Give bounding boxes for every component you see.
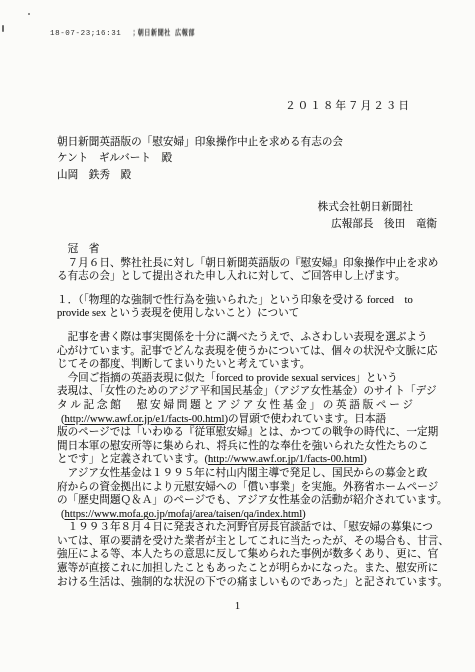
text-segment: ) [363,454,367,465]
scan-artifact-tick [2,25,4,32]
body-line: の「歴史問題Ｑ＆Ａ」のページでも、アジア女性基金の活動が紹介されています。 [57,494,427,508]
body-line: 今回ご指摘の英語表現に似た「forced to provide sexual s… [57,372,427,386]
section-1-heading: provide sex という表現を使用しないこと）について [57,307,427,321]
text-segment: じてその都度、判断してまいりたいと考えています。 [57,359,310,370]
fax-sender-id: ；朝日新聞社 広報部 [131,27,195,38]
sender-block: 株式会社朝日新聞社 広報部長 後田 竜衛 [318,200,437,233]
body-line: １９９３年８月４日に発表された河野官房長官談話では、「慰安婦の募集につ [57,521,427,535]
text-segment: 強圧による等、本人たちの意思に反して集められた事例が数多くあり、更に、官 [57,549,438,560]
text-segment: タル記念館 慰安婦問題とアジア女性基金」の英語版ページ [57,400,413,411]
text-segment: 府からの資金拠出により元慰安婦への「償い事業」を実施。外務省ホームページ [57,482,438,493]
fax-timestamp: 18-07-23;16:31 [50,30,121,38]
sender-signer: 広報部長 後田 竜衛 [318,217,437,234]
url-text: https://www.mofa.go.jp/mofaj/area/taisen… [65,509,303,520]
text-segment: る有志の会」として提出された申し入れに対して、ご回答申し上げます。 [57,271,406,282]
body-line: 間日本軍の慰安所等に集められ、将兵に性的な奉仕を強いられた女性たちのこ [57,440,427,454]
body-line: ７月６日、弊社社長に対し「朝日新聞英語版の『慰安婦』印象操作中止を求め [57,257,427,271]
body-line: じてその都度、判断してまいりたいと考えています。 [57,358,427,372]
body-line: (http://www.awf.or.jp/e1/facts-00.html)の… [57,413,427,427]
fax-header: 18-07-23;16:31；朝日新聞社 広報部 [50,27,209,38]
letter-body: 冠 省 ７月６日、弊社社長に対し「朝日新聞英語版の『慰安婦』印象操作中止を求める… [57,243,427,589]
body-line: 府からの資金拠出により元慰安婦への「償い事業」を実施。外務省ホームページ [57,481,427,495]
text-segment: 冠 省 [57,244,99,255]
text-segment: とです」と定義されています。( [57,454,208,465]
blank-line [57,284,427,294]
letter-salutation: 冠 省 [57,243,427,257]
body-line: おける生活は、強制的な状況の下での痛ましいものであった」と記されています。 [57,576,427,590]
body-line: (https://www.mofa.go.jp/mofaj/area/taise… [57,508,427,522]
recipient-group-name: 朝日新聞英語版の「慰安婦」印象操作中止を求める有志の会 [57,135,343,151]
text-segment: おける生活は、強制的な状況の下での痛ましいものであった」と記されています。 [57,577,448,588]
text-segment: )の冒頭で使われています。日本語 [225,414,387,425]
body-line: 表現は、「女性のためのアジア平和国民基金」（アジア女性基金）のサイト「デジ [57,385,427,399]
text-segment: 今回ご指摘の英語表現に似た「forced to provide sexual s… [57,373,398,384]
text-segment: 心がけています。記事でどんな表現を使うかについては、個々の状況や文脈に応 [57,346,437,357]
text-segment: 表現は、「女性のためのアジア平和国民基金」（アジア女性基金）のサイト「デジ [57,386,437,397]
text-segment: 憲等が直接これに加担したこともあったことが明らかになった。また、慰安所に [57,563,438,574]
body-line: る有志の会」として提出された申し入れに対して、ご回答申し上げます。 [57,270,427,284]
text-segment: アジア女性基金は１９９５年に村山内閣主導で発足し、国民からの募金と政 [57,468,427,479]
recipient-block: 朝日新聞英語版の「慰安婦」印象操作中止を求める有志の会 ケント ギルバート 殿 … [57,135,343,184]
section-1-heading: １．（「物理的な強制で性行為を強いられた」という印象を受ける forced to [57,294,427,308]
body-line: 心がけています。記事でどんな表現を使うかについては、個々の状況や文脈に応 [57,345,427,359]
url-text: http://www.awf.or.jp/1/facts-00.html [208,454,363,465]
text-segment: １．（「物理的な強制で性行為を強いられた」という印象を受ける forced to [57,295,413,306]
body-line: 記事を書く際は事実関係を十分に調べたうえで、ふさわしい表現を選ぶよう [57,331,427,345]
scanned-letter-page: 18-07-23;16:31；朝日新聞社 広報部 ２０１８年７月２３日 朝日新聞… [0,0,475,672]
body-line: 版のページでは「いわゆる『従軍慰安婦』とは、かつての戦争の時代に、一定期 [57,426,427,440]
text-segment: 間日本軍の慰安所等に集められ、将兵に性的な奉仕を強いられた女性たちのこ [57,441,428,452]
sender-company: 株式会社朝日新聞社 [318,200,437,217]
url-text: http://www.awf.or.jp/e1/facts-00.html [65,414,225,425]
page-number: 1 [0,601,475,612]
date-line: ２０１８年７月２３日 [285,98,411,113]
body-line: いては、軍の要請を受けた業者が主としてこれに当たったが、その場合も、甘言、 [57,535,427,549]
body-line: タル記念館 慰安婦問題とアジア女性基金」の英語版ページ [57,399,427,413]
recipient-name-2: 山岡 鉄秀 殿 [57,168,343,184]
scan-artifact-dot [28,13,30,15]
text-segment: 版のページでは「いわゆる『従軍慰安婦』とは、かつての戦争の時代に、一定期 [57,427,438,438]
text-segment: ７月６日、弊社社長に対し「朝日新聞英語版の『慰安婦』印象操作中止を求め [57,258,438,269]
body-line: 強圧による等、本人たちの意思に反して集められた事例が数多くあり、更に、官 [57,548,427,562]
text-segment: ) [302,509,306,520]
text-segment: の「歴史問題Ｑ＆Ａ」のページでも、アジア女性基金の活動が紹介されています。 [57,495,447,506]
text-segment: provide sex という表現を使用しないこと）について [57,308,299,319]
body-line: 憲等が直接これに加担したこともあったことが明らかになった。また、慰安所に [57,562,427,576]
blank-line [57,321,427,331]
text-segment: いては、軍の要請を受けた業者が主としてこれに当たったが、その場合も、甘言、 [57,536,449,547]
text-segment: １９９３年８月４日に発表された河野官房長官談話では、「慰安婦の募集につ [57,522,433,533]
text-segment: 記事を書く際は事実関係を十分に調べたうえで、ふさわしい表現を選ぶよう [57,332,428,343]
body-line: とです」と定義されています。(http://www.awf.or.jp/1/fa… [57,453,427,467]
body-line: アジア女性基金は１９９５年に村山内閣主導で発足し、国民からの募金と政 [57,467,427,481]
recipient-name-1: ケント ギルバート 殿 [57,151,343,167]
